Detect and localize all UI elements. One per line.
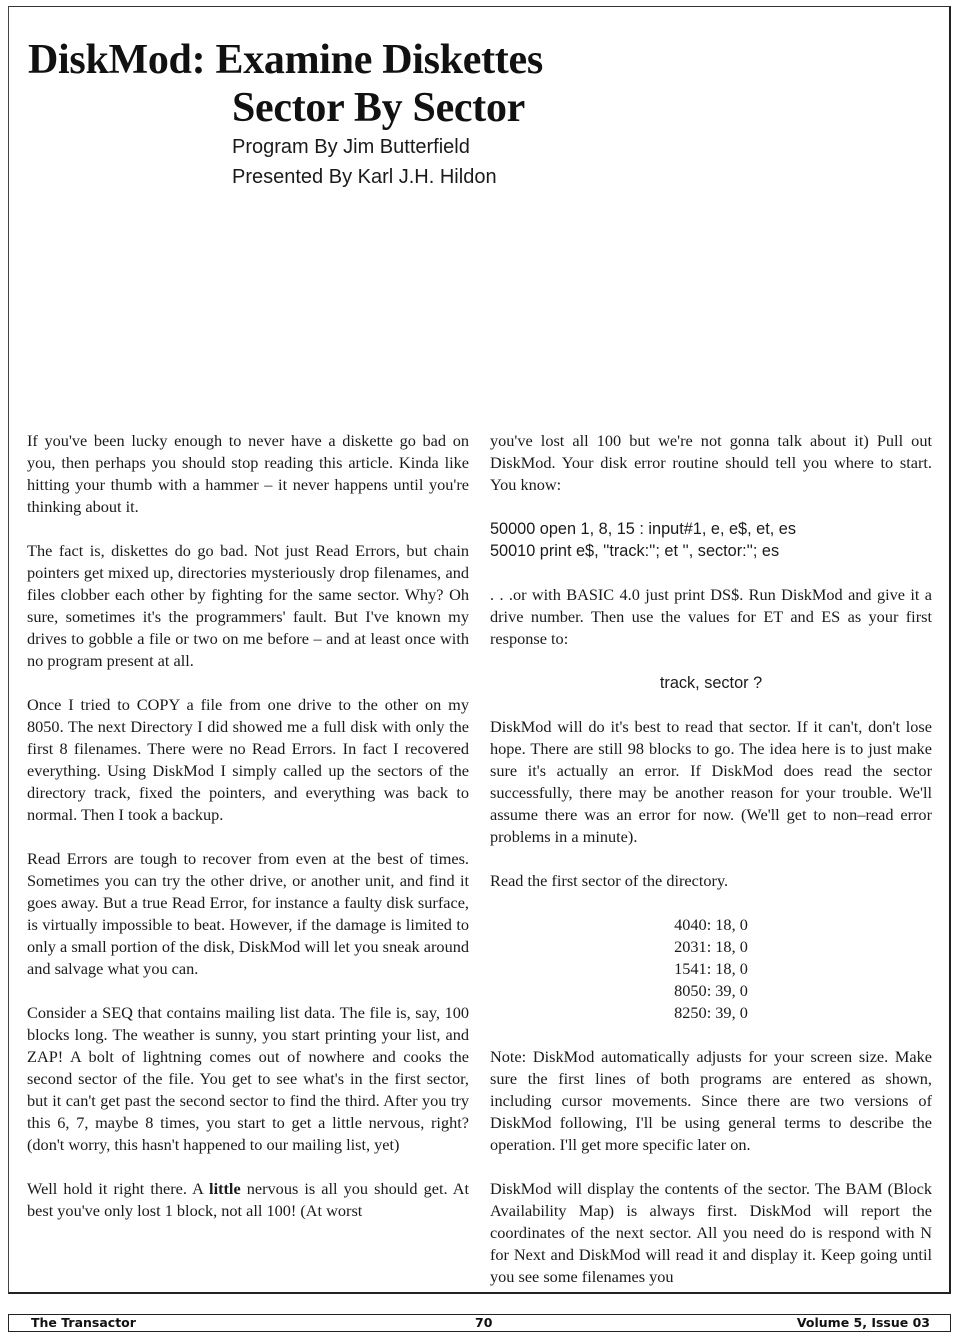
- article-title-line1: DiskMod: Examine Diskettes: [28, 38, 543, 82]
- drive-row: 8050: 39, 0: [490, 980, 932, 1002]
- emphasis-text: little: [209, 1179, 241, 1198]
- page-footer: The Transactor 70 Volume 5, Issue 03: [8, 1314, 951, 1332]
- paragraph: Read the first sector of the directory.: [490, 870, 932, 892]
- paragraph: Read Errors are tough to recover from ev…: [27, 848, 469, 980]
- article-header: DiskMod: Examine Diskettes Sector By Sec…: [28, 38, 543, 192]
- paragraph: Note: DiskMod automatically adjusts for …: [490, 1046, 932, 1156]
- paragraph: DiskMod will display the contents of the…: [490, 1178, 932, 1288]
- paragraph: If you've been lucky enough to never hav…: [27, 430, 469, 518]
- code-line: 50010 print e$, ''track:''; et '', secto…: [490, 540, 932, 562]
- article-title-line2: Sector By Sector: [232, 86, 543, 130]
- program-author: Program By Jim Butterfield: [232, 132, 543, 162]
- right-column: you've lost all 100 but we're not gonna …: [490, 430, 932, 1310]
- issue-label: Volume 5, Issue 03: [797, 1315, 930, 1331]
- paragraph: . . .or with BASIC 4.0 just print DS$. R…: [490, 584, 932, 650]
- presenter: Presented By Karl J.H. Hildon: [232, 162, 543, 192]
- page-number: 70: [475, 1315, 492, 1331]
- code-line: 50000 open 1, 8, 15 : input#1, e, e$, et…: [490, 518, 932, 540]
- paragraph: Consider a SEQ that contains mailing lis…: [27, 1002, 469, 1156]
- drive-row: 2031: 18, 0: [490, 936, 932, 958]
- paragraph: Once I tried to COPY a file from one dri…: [27, 694, 469, 826]
- paragraph: The fact is, diskettes do go bad. Not ju…: [27, 540, 469, 672]
- drive-directory-list: 4040: 18, 0 2031: 18, 0 1541: 18, 0 8050…: [490, 914, 932, 1024]
- left-column: If you've been lucky enough to never hav…: [27, 430, 469, 1244]
- paragraph: you've lost all 100 but we're not gonna …: [490, 430, 932, 496]
- text-run: Well hold it right there. A: [27, 1179, 209, 1198]
- track-sector-prompt: track, sector ?: [490, 672, 932, 694]
- publication-name: The Transactor: [31, 1315, 136, 1331]
- paragraph: Well hold it right there. A little nervo…: [27, 1178, 469, 1222]
- drive-row: 4040: 18, 0: [490, 914, 932, 936]
- paragraph: DiskMod will do it's best to read that s…: [490, 716, 932, 848]
- drive-row: 8250: 39, 0: [490, 1002, 932, 1024]
- basic-code-listing: 50000 open 1, 8, 15 : input#1, e, e$, et…: [490, 518, 932, 562]
- drive-row: 1541: 18, 0: [490, 958, 932, 980]
